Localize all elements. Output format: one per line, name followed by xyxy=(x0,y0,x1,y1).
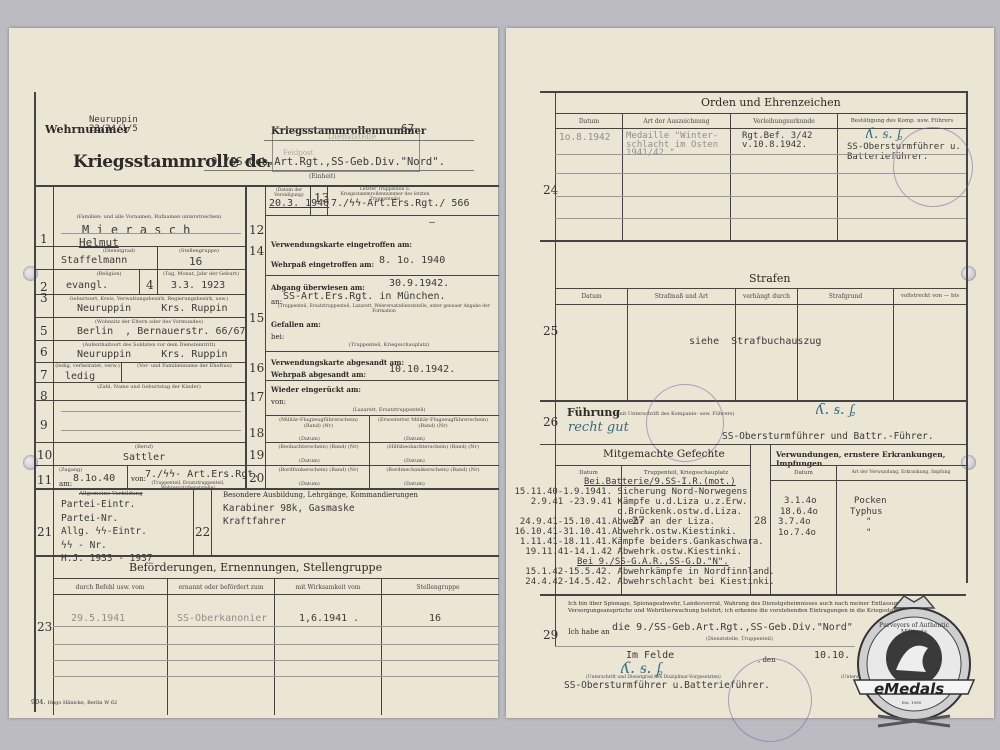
battle-description: Abwehrk.ostw.Kiestinki. xyxy=(617,547,742,557)
field-5-caption: Geburtsort, Kreis, Verwaltungsbezirk, Re… xyxy=(59,296,239,302)
penalties-col-header: Strafmaß und Art xyxy=(628,293,735,300)
promotion-rank: SS-Oberkanonier xyxy=(177,613,267,624)
grid-line xyxy=(837,113,838,240)
field-8b-caption: (Vor- und Familienname der Ehefrau) xyxy=(127,363,242,369)
stellengruppe-value: 16 xyxy=(189,255,202,268)
row-number: 17 xyxy=(249,390,264,404)
field-3-caption: (Religion) xyxy=(79,271,139,277)
grid-line xyxy=(555,113,966,114)
field-9-caption: (Zahl, Name und Geburtstag der Kinder) xyxy=(59,384,239,390)
promotion-stellengruppe: 16 xyxy=(429,613,441,624)
grid-line xyxy=(540,91,966,93)
promotions-col-header: durch Befehl usw. vom xyxy=(55,584,165,591)
emedals-brand: eMedals xyxy=(874,680,944,698)
training-item: Karabiner 98k, Gasmaske xyxy=(223,502,355,515)
parents-address-value: Berlin , Bernauerstr. 66/67 xyxy=(77,326,246,337)
battles-col-header: Datum xyxy=(556,470,621,476)
awards-col-header: Art der Auszeichnung xyxy=(623,118,730,125)
rule-line xyxy=(53,676,499,677)
underline xyxy=(204,170,474,171)
habe-an-value: die 9./SS-Geb.Art.Rgt.,SS-Geb.Div."Nord" xyxy=(612,622,853,633)
row-number: 26 xyxy=(543,415,558,429)
promotions-col-header: ernannt oder befördert zum xyxy=(169,584,273,591)
promotions-col-header: Stellengruppe xyxy=(383,584,493,591)
datum-caption: (Datum) xyxy=(404,481,425,487)
grid-line xyxy=(34,400,245,401)
field-15-gefallen-label: Gefallen am: xyxy=(271,320,321,329)
datum-caption: (Datum) xyxy=(404,458,425,464)
wound-row: 1o.7.4o" xyxy=(778,528,887,539)
field-1-caption: (Familien- und alle Vornamen, Rufnamen u… xyxy=(69,214,229,220)
promotion-effective-date: 1,6.1941 . xyxy=(299,613,359,624)
wound-date: 1o.7.4o xyxy=(778,528,866,539)
battle-unit-header: Bei 9./SS-G.A.R.,SS-G.D."N". xyxy=(514,557,775,567)
wounds-list: 3.1.4oPocken 18.6.4oTyphus 3.7.4o" 1o.7.… xyxy=(778,496,887,538)
grid-line xyxy=(139,269,140,294)
conduct-value: recht gut xyxy=(568,420,629,435)
grid-line xyxy=(540,240,966,242)
row-number: 22 xyxy=(195,525,210,539)
signature-handwritten: ʎ. ᵴ. ᶋ xyxy=(816,400,855,419)
grid-line xyxy=(53,594,499,595)
row-number: 19 xyxy=(249,448,264,462)
field-16-pass-label: Wehrpaß abgesandt am: xyxy=(271,370,366,379)
field-18a-caption: (Militär-Flugzeugführerschein) (Band) (N… xyxy=(271,417,366,429)
emedals-watermark: eMedals Purveyors of Authentic Militaria… xyxy=(848,588,980,738)
wound-date: 3.7.4o xyxy=(778,517,866,528)
battle-description: Kämpfe beiders.Gankaschwara. xyxy=(612,537,764,547)
battle-unit-header: Bei.Batterie/9.SS-I.R.(mot.) xyxy=(514,477,775,487)
awards-col-header: Bestätigung des Komp. usw. Führers xyxy=(838,118,966,124)
battle-date: 1.11.41-18.11.41. xyxy=(514,537,612,547)
rule-line xyxy=(53,644,499,645)
rule-line xyxy=(53,626,499,627)
grid-line xyxy=(34,340,245,341)
field-20a-caption: (Bordfunkerschein) (Band) (Nr) xyxy=(271,467,366,473)
conduct-signer: SS-Obersturmführer und Battr.-Führer. xyxy=(722,431,934,442)
grid-line xyxy=(327,185,328,215)
grid-line xyxy=(34,488,499,490)
datum-caption: (Datum) xyxy=(299,458,320,464)
grid-line xyxy=(53,578,499,579)
field-17-von-label: von: xyxy=(271,398,286,406)
ss-entry: Allg. ϟϟ-Eintr. xyxy=(61,525,153,539)
penalties-col-header: verhängt durch xyxy=(736,293,797,300)
habe-an-label: Ich habe an xyxy=(568,628,610,636)
rule-line xyxy=(555,173,966,174)
grid-line xyxy=(274,578,275,715)
battle-row: 15.1.42-15.5.42. Abwehrkämpfe in Nordfin… xyxy=(514,567,775,577)
training-item: Kraftfahrer xyxy=(223,515,355,528)
row-number: 7 xyxy=(40,368,48,382)
wound-type: " xyxy=(866,528,871,538)
wound-type: Pocken xyxy=(854,496,887,506)
emedals-est: Est. 1985 xyxy=(902,700,921,705)
field-19a-caption: (Beobachterschein) (Band) (Nr) xyxy=(271,444,366,450)
grid-line xyxy=(157,246,158,269)
row-number: 28 xyxy=(754,516,767,527)
grid-line xyxy=(34,294,245,295)
row-number: 23 xyxy=(37,620,52,634)
field-11-von-caption: (Truppenteil, Ersatztruppenteil, Wehrers… xyxy=(129,481,247,491)
award-date: 1o.8.1942 xyxy=(559,132,610,143)
grid-line xyxy=(540,444,966,445)
battle-description: Abwehrk.ostw.Kiestinki. xyxy=(612,527,737,537)
residence-value: Neuruppin Krs. Ruppin xyxy=(77,349,228,360)
grid-line xyxy=(265,215,499,216)
field-14-karte-label: Verwendungskarte eingetroffen am: xyxy=(271,240,412,249)
promotions-col-header: mit Wirksamkeit vom xyxy=(276,584,380,591)
transfer-to-value: SS-Art.Ers.Rgt. in München. xyxy=(283,291,446,302)
grid-line xyxy=(540,400,966,402)
grid-line xyxy=(34,246,245,247)
field-14-dash: – xyxy=(429,217,435,228)
battle-date: 15.11.40-1.9.1941. xyxy=(514,487,612,497)
row-number: 9 xyxy=(40,418,48,432)
battle-date: 2.9.41 -23.9.41 xyxy=(514,497,612,507)
rule-line xyxy=(53,660,499,661)
printer-name: Hugo Hänicke, Berlin W 62 xyxy=(48,700,118,706)
grid-line xyxy=(265,380,499,381)
row-number: 8 xyxy=(40,389,48,403)
grid-line xyxy=(211,488,212,555)
grid-line xyxy=(121,362,122,382)
grid-line xyxy=(555,465,750,466)
accession-date-value: 8.1o.40 xyxy=(73,473,115,484)
grid-line xyxy=(34,465,499,466)
marital-status-value: ledig xyxy=(65,371,95,382)
field-10-caption: (Beruf) xyxy=(119,444,169,450)
transfer-date-value: 30.9.1942. xyxy=(389,278,449,289)
wound-date: 18.6.4o xyxy=(778,507,850,518)
grid-line xyxy=(730,113,731,240)
surname-value: M i e r a s c h xyxy=(82,223,190,237)
emedals-badge-icon xyxy=(848,588,980,738)
field-6-caption: (Wohnsitz der Eltern oder des Vormundes) xyxy=(59,319,239,325)
award-certificate: Rgt.Bef. 3/42 v.10.8.1942. xyxy=(742,132,832,150)
field-18b-caption: (Erweiterter Militär-Flugzeugführerschei… xyxy=(373,417,493,429)
row-number: 4 xyxy=(146,278,154,292)
field-22-list: Karabiner 98k, Gasmaske Kraftfahrer xyxy=(223,502,355,528)
battles-list: Bei.Batterie/9.SS-I.R.(mot.) 15.11.40-1.… xyxy=(514,477,775,587)
wound-row: 3.7.4o" xyxy=(778,517,887,528)
battle-row: 15.11.40-1.9.1941. Sicherung Nord-Norweg… xyxy=(514,487,775,497)
grid-line xyxy=(157,269,158,294)
row-number: 25 xyxy=(543,324,558,338)
promotion-order-date: 29.5.1941 xyxy=(71,613,125,624)
rule-line xyxy=(61,233,241,234)
grid-line xyxy=(34,555,499,557)
grid-line xyxy=(265,442,499,443)
grid-line xyxy=(381,578,382,715)
row-number: 29 xyxy=(543,628,558,642)
row-number: 15 xyxy=(249,311,264,325)
unit-caption: (Einheit) xyxy=(309,173,336,180)
declaration-date: 10.10. xyxy=(814,650,850,661)
datum-caption: (Datum) xyxy=(299,481,320,487)
awards-title: Orden und Ehrenzeichen xyxy=(701,96,841,109)
grid-line xyxy=(555,288,966,289)
battles-col-header: Truppenteil, Kriegsschauplatz xyxy=(622,470,750,476)
grid-line xyxy=(265,275,499,276)
field-16-karte-label: Verwendungskarte abgesandt am: xyxy=(271,358,404,367)
field-12-caption: (Datum der Vereidigung) xyxy=(267,188,311,198)
grid-line xyxy=(555,304,966,305)
unit-stamp xyxy=(893,127,973,207)
row-number: 14 xyxy=(249,244,264,258)
row-number: 5 xyxy=(40,324,48,338)
field-15-bei-caption: (Truppenteil, Kriegsschauplatz) xyxy=(329,342,449,348)
field-22-caption: Besondere Ausbildung, Lehrgänge, Kommand… xyxy=(223,491,418,499)
field-8-caption: (ledig, verheiratet, verw.) xyxy=(55,363,120,369)
penalties-col-header: vollstreckt von — bis xyxy=(894,293,966,299)
field-20b-caption: (Bordmechanikerschein) (Band) (Nr) xyxy=(373,467,493,473)
grid-line xyxy=(34,382,245,383)
grid-line xyxy=(53,555,54,715)
grid-line xyxy=(193,488,194,555)
row-number: 11 xyxy=(37,473,52,487)
wehrnummer-value: Neuruppin 23/34/1/5 xyxy=(89,116,138,134)
field-2-caption: (Dienstgrad) xyxy=(89,248,149,254)
battle-date: 15.1.42-15.5.42. xyxy=(514,567,612,577)
battle-row: 2.9.41 -23.9.41 Kämpfe u.d.Liza u.z.Erw.… xyxy=(514,497,775,517)
row-number: 3 xyxy=(40,291,48,305)
field-11-am-label: am: xyxy=(59,480,72,488)
field-4-caption: (Tag, Monat, Jahr der Geburt) xyxy=(161,271,241,277)
printer-footer: 904. Hugo Hänicke, Berlin W 62 xyxy=(31,698,117,706)
rule-line xyxy=(555,646,855,647)
field-15-bei-label: bei: xyxy=(271,333,284,341)
battle-row: 24.9.41-15.10.41.Abwehr an der Liza. xyxy=(514,517,775,527)
wound-row: 18.6.4oTyphus xyxy=(778,507,887,518)
stamp-text: Dienststelle xyxy=(328,132,376,141)
grid-line xyxy=(770,465,966,466)
grid-line xyxy=(369,415,370,488)
penalties-col-header: Datum xyxy=(556,293,627,300)
grid-line xyxy=(265,351,499,352)
grid-line xyxy=(265,415,499,416)
row-number: 24 xyxy=(543,183,558,197)
battle-date: 24.9.41-15.10.41. xyxy=(514,517,612,527)
habe-an-caption: (Dienststelle, Truppenteil) xyxy=(706,636,773,642)
grid-line xyxy=(34,442,245,443)
signature-handwritten: ʎ. ᵴ. ᶋ xyxy=(866,126,902,143)
birthplace-value: Neuruppin Krs. Ruppin xyxy=(77,303,228,314)
field-17-label: Wieder eingerückt am: xyxy=(271,385,361,394)
battle-date: 19.11.41-14.1.42 xyxy=(514,547,612,557)
grid-line xyxy=(167,578,168,715)
battle-row: 19.11.41-14.1.42 Abwehrk.ostw.Kiestinki. xyxy=(514,547,775,557)
row-number: 12 xyxy=(249,223,264,237)
battle-row: 16.10.41-31.10.41.Abwehrk.ostw.Kiestinki… xyxy=(514,527,775,537)
ss-number: ϟϟ - Nr. xyxy=(61,539,153,553)
punch-hole xyxy=(961,266,976,281)
battle-row: 1.11.41-18.11.41.Kämpfe beiders.Gankasch… xyxy=(514,537,775,547)
left-document-page: Wehrnummer Neuruppin 23/34/1/5 Kriegssta… xyxy=(9,28,498,718)
wound-row: 3.1.4oPocken xyxy=(778,496,887,507)
rank-value: Staffelmann xyxy=(61,255,127,266)
accession-from-value: 7./ϟϟ- Art.Ers.Rgt. xyxy=(145,469,259,480)
awards-col-header: Verleihungsurkunde xyxy=(731,118,837,125)
field-14-pass-label: Wehrpaß eingetroffen am: xyxy=(271,260,374,269)
rule-line xyxy=(555,196,966,197)
wounds-col-header: Art der Verwundung, Erkrankung, Impfung xyxy=(837,470,965,475)
field-17-caption: (Lazarett, Ersatztruppenteil) xyxy=(329,407,449,413)
unit-value: 9./SS-Geb.Art.Rgt.,SS-Geb.Div."Nord". xyxy=(211,156,445,168)
field-19b-caption: (Hilfsbeobachterschein) (Band) (Nr) xyxy=(373,444,493,450)
birthdate-value: 3.3. 1923 xyxy=(171,280,225,291)
promotions-title: Beförderungen, Ernennungen, Stellengrupp… xyxy=(129,561,382,574)
row-number: 10 xyxy=(37,448,52,462)
penalties-title: Strafen xyxy=(749,272,790,285)
waffen-ss-stamp xyxy=(728,658,812,742)
conduct-label: Führung xyxy=(567,406,620,419)
party-number: Partei-Nr. xyxy=(61,512,153,526)
field-7-caption: (Aufenthaltsort des Soldaten vor dem Die… xyxy=(59,342,239,348)
religion-value: evangl. xyxy=(66,280,108,291)
wound-date: 3.1.4o xyxy=(778,496,854,507)
wehrpass-sent-value: 10.10.1942. xyxy=(389,364,455,375)
battle-description: Abwehrkämpfe in Nordfinnland. xyxy=(617,567,774,577)
rule-line xyxy=(555,218,966,219)
battles-title: Mitgemachte Gefechte xyxy=(603,448,725,460)
grid-line xyxy=(622,113,623,240)
rule-line xyxy=(555,154,966,155)
battle-description: Abwehr an der Liza. xyxy=(612,517,715,527)
grid-line xyxy=(53,185,54,555)
field-2b-caption: (Stellengruppe) xyxy=(169,248,229,254)
row-number: 16 xyxy=(249,361,264,375)
wehrpass-received-value: 8. 1o. 1940 xyxy=(379,255,445,266)
wound-type: " xyxy=(866,517,871,527)
previous-unit-value: 7./ϟϟ-Art.Ers.Rgt./ 566 xyxy=(331,198,469,209)
printer-number: 904. xyxy=(31,698,45,706)
grid-line xyxy=(770,480,966,481)
battle-row: 24.4.42-14.5.42. Abwehrschlacht bei Kies… xyxy=(514,577,775,587)
row-number: 6 xyxy=(40,345,48,359)
battle-description: Kämpfe u.d.Liza u.z.Erw. d.Brückenk.ostw… xyxy=(617,497,757,517)
battle-description: Abwehrschlacht bei Kiestinki. xyxy=(617,577,774,587)
row-number: 1 xyxy=(40,232,48,246)
battle-date: 24.4.42-14.5.42. xyxy=(514,577,612,587)
field-21-caption: Allgemeine Vorbildung xyxy=(79,491,143,497)
rule-line xyxy=(61,430,241,431)
wounds-col-header: Datum xyxy=(771,470,836,476)
wehrnummer-number: 23/34/1/5 xyxy=(89,125,138,134)
grid-line xyxy=(127,465,128,488)
battle-date: 16.10.41-31.10.41. xyxy=(514,527,612,537)
grid-line xyxy=(34,317,245,318)
party-entry: Partei-Eintr. xyxy=(61,498,153,512)
row-number: 21 xyxy=(37,525,52,539)
penalties-col-header: Strafgrund xyxy=(798,293,893,300)
row-number: 18 xyxy=(249,426,264,440)
penalties-note: siehe Strafbuchauszug xyxy=(689,336,821,347)
emedals-arc-text: Purveyors of Authentic Militaria xyxy=(868,622,960,636)
rule-line xyxy=(61,411,241,412)
battle-description: Sicherung Nord-Norwegens xyxy=(617,487,747,497)
field-15-an-caption: (Truppenteil, Ersatztruppenteil, Lazaret… xyxy=(271,304,497,314)
wound-type: Typhus xyxy=(850,507,883,517)
row-number: 20 xyxy=(249,471,264,485)
profession-value: Sattler xyxy=(123,452,165,463)
awards-col-header: Datum xyxy=(556,118,622,125)
grid-line xyxy=(555,128,966,129)
